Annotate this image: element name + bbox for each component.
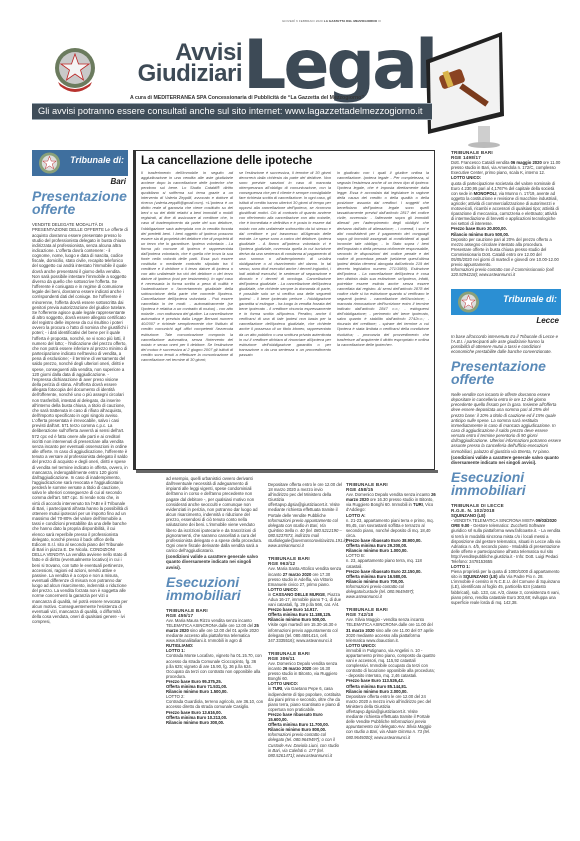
article-shadow-divider xyxy=(136,470,438,473)
notice-rge-1498-17: TRIBUNALE BARI RGE 1498/17 Dott. Frances… xyxy=(451,150,561,277)
publisher-credit: A cura di MEDITERRANEA SPA Concessionari… xyxy=(130,95,364,101)
lecce-abi-intro: In base all'accordo intervenuto tra il T… xyxy=(451,334,561,354)
tribunal-emblem-icon xyxy=(457,290,480,314)
notices-column-4: TRIBUNALE BARI RGE 458/15 Avv. Domenico … xyxy=(346,482,436,748)
notice-text: Deposito per cauzione pari al 20% del pr… xyxy=(451,237,561,268)
tribunal-label: Tribunale di: xyxy=(503,297,557,302)
conditions-column: ad esempio, quelli urbanistici ovvero de… xyxy=(166,476,264,733)
conditions-note: (condizioni valide a carattere generale … xyxy=(451,455,561,465)
page-dateline: GIOVEDÌ 6 FEBBRAIO 2020 LA GAZZETTA DEL … xyxy=(282,19,381,23)
notice-place: TURI xyxy=(413,502,423,507)
offers-rules-text: VENDITE DELEGATE MODALITÀ DI PRESENTAZIO… xyxy=(32,222,128,624)
dateline-page: III xyxy=(378,19,381,23)
notice-text: Avv. Maria Maura Rizzo vendita senza inc… xyxy=(166,618,253,628)
notice-text: Depositare offerta entro le ore 12.00 de… xyxy=(268,482,342,518)
article-box: La cancellazione delle ipoteche Il trasf… xyxy=(133,150,435,470)
lot-label: LOTTO A: xyxy=(346,513,366,518)
lot-description: Contrada Guardiola, terreno agricolo, ar… xyxy=(166,699,264,709)
tribunal-city: Lecce xyxy=(451,318,561,323)
notice-contact: Informazioni previo appuntamento col del… xyxy=(268,518,348,548)
notice-contact: Visite ogni martedì ore 15.30-16.30 e in… xyxy=(268,622,342,642)
notice-rge-102-2018: TRIBUNALE DI LECCE R.G.E. N. 102/2018 SQ… xyxy=(451,503,561,605)
lot-min-raise: Rilancio minimo Euro 500,00. xyxy=(451,232,509,237)
lot-description: n. 21-23, appartamento piani terra e pri… xyxy=(346,518,436,538)
right-column: TRIBUNALE BARI RGE 1498/17 Dott. Frances… xyxy=(451,150,561,613)
dateline-date: GIOVEDÌ 6 FEBBRAIO 2020 xyxy=(282,19,323,23)
lot-description: immobili in Putignano, via Angelini n. 1… xyxy=(346,648,436,679)
notice-text: Avv. Silvia Maggio - vendita senza incan… xyxy=(346,617,433,627)
lot-description: Contrada Monte Locafaro, vigneto ha 01.1… xyxy=(166,653,264,678)
notice-contact: Informazioni previo contatto col delegat… xyxy=(346,584,414,599)
article-column-1: Il trasferimento dell'immobile in seguit… xyxy=(141,170,233,362)
notice-rge-455-17: TRIBUNALE BARI RGE 455/17 Avv. Maria Mau… xyxy=(166,608,264,725)
article-column-3: in giudicato con i quali il giudice ordi… xyxy=(337,170,429,362)
lot-min-raise: Rilancio minimo Euro 300,00. xyxy=(166,720,224,725)
brand-giudiziari: Giudiziari xyxy=(134,63,242,84)
conditions-text: ad esempio, quelli urbanistici ovvero de… xyxy=(166,476,264,553)
lot-description: , via Munno n. 17/19, avente ad oggetto … xyxy=(451,191,559,227)
notice-rge-742-18: TRIBUNALE BARI RGE 742/18 Avv. Silvia Ma… xyxy=(346,607,436,739)
lot-base-price: Prezzo base ribassato Euro 15.600,00. xyxy=(268,712,323,722)
article-column-2: se l'estinzione è successiva, il termine… xyxy=(239,170,331,362)
article-title: La cancellazione delle ipoteche xyxy=(141,155,429,167)
notice-text: - Gestore telematico: Zucchetti Software… xyxy=(451,523,560,564)
notice-rge-458-15: TRIBUNALE BARI RGE 458/15 Avv. Domenico … xyxy=(346,482,436,599)
notice-contact: Informazioni previo contatto con il Comm… xyxy=(451,267,555,277)
website-banner: Gli avvisi potranno essere consultati an… xyxy=(32,103,432,120)
dateline-newspaper: LA GAZZETTA DEL MEZZOGIORNO xyxy=(324,19,377,23)
notice-rge-963-12: TRIBUNALE BARI RGE 963/12 Avv. Maria San… xyxy=(268,556,342,643)
notice-continuation: Depositare offerta entro le ore 12.00 de… xyxy=(268,482,342,548)
section-title-esecuzioni: Esecuzioni immobiliari xyxy=(166,576,264,602)
italian-republic-emblem-icon xyxy=(52,46,98,94)
tribunal-header-bari: Tribunale di: xyxy=(32,150,128,176)
conditions-note: (condizioni valide a carattere generale … xyxy=(166,554,264,569)
tribunal-emblem-icon xyxy=(38,151,61,175)
tribunal-header-lecce: Tribunale di: xyxy=(451,289,561,315)
monitor-gavel-icon xyxy=(418,30,510,148)
section-title-presentazione: Presentazione offerte xyxy=(32,190,128,216)
tribunal-label: Tribunale di: xyxy=(70,158,124,163)
lot-description: n. 23, appartamento piano terra, mq. 118… xyxy=(346,558,436,568)
brand-avvisi-giudiziari: Avvisi Giudiziari xyxy=(134,42,242,84)
notice-contact: Informazioni previo contatto col delegat… xyxy=(268,732,339,757)
lot-description: alla Via Padre Pio n. 28. L'immobile è c… xyxy=(451,574,560,604)
tribunal-city: Bari xyxy=(32,179,128,184)
section-title-presentazione: Presentazione offerte xyxy=(451,360,561,386)
notices-column-3: Depositare offerta entro le ore 12.00 de… xyxy=(268,482,342,766)
left-column: Tribunale di: Bari Presentazione offerte… xyxy=(32,150,128,624)
notice-rge-306-11: TRIBUNALE BARI RGE 306/11 Avv. Domenico … xyxy=(268,651,342,758)
section-title-esecuzioni: Esecuzioni immobiliari xyxy=(451,471,561,497)
lecce-offers-text: Nelle vendite con incanto le offerte dov… xyxy=(451,392,561,454)
